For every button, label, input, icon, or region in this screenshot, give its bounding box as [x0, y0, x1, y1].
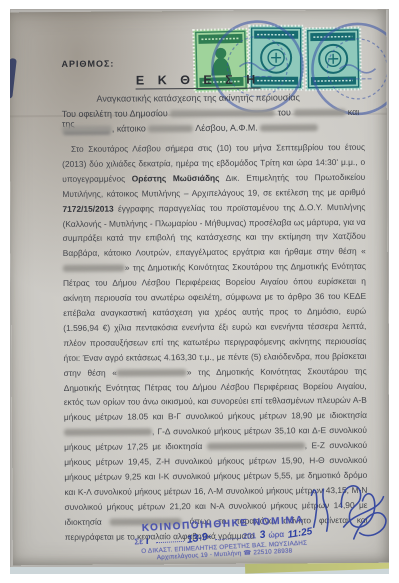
- document-title: Ε Κ Θ Ε Σ Η: [10, 72, 387, 89]
- document-paper: ΑΡΙΘΜΟΣ: Ε Κ Θ Ε Σ Η Αναγκαστικής κατάσχ…: [10, 10, 389, 566]
- photo-frame: ΑΡΙΘΜΟΣ: Ε Κ Θ Ε Σ Η Αναγκαστικής κατάσχ…: [0, 0, 399, 583]
- document-number-label: ΑΡΙΘΜΟΣ:: [61, 59, 114, 69]
- handwritten-se-mark: ι΄: [145, 534, 153, 547]
- redacted-text: [293, 109, 345, 116]
- redacted-text: [64, 429, 152, 437]
- hour-label: ώρα: [268, 530, 284, 540]
- blank-dotted-line: [156, 534, 184, 543]
- redacted-text: [62, 126, 112, 133]
- redacted-text: [170, 109, 275, 117]
- stamps-cluster: [159, 16, 389, 120]
- notice-se-label: Σε: [134, 537, 143, 546]
- debtor-line-2: , κάτοικο Λέσβου, Α.Φ.Μ.: [62, 122, 365, 134]
- redacted-text: [260, 124, 318, 131]
- redacted-text: [63, 265, 125, 272]
- redacted-text: [117, 369, 187, 376]
- handwritten-date: 13-9-: [186, 530, 212, 546]
- redacted-text: [207, 442, 305, 450]
- redacted-text: [148, 125, 193, 132]
- document-photo: ΑΡΙΘΜΟΣ: Ε Κ Θ Ε Σ Η Αναγκαστικής κατάσχ…: [10, 9, 389, 574]
- blank-dotted-line: [214, 531, 240, 540]
- handwritten-year-digit: 3: [259, 528, 267, 541]
- signature: [303, 475, 389, 556]
- printed-year-prefix: 201: [243, 531, 257, 541]
